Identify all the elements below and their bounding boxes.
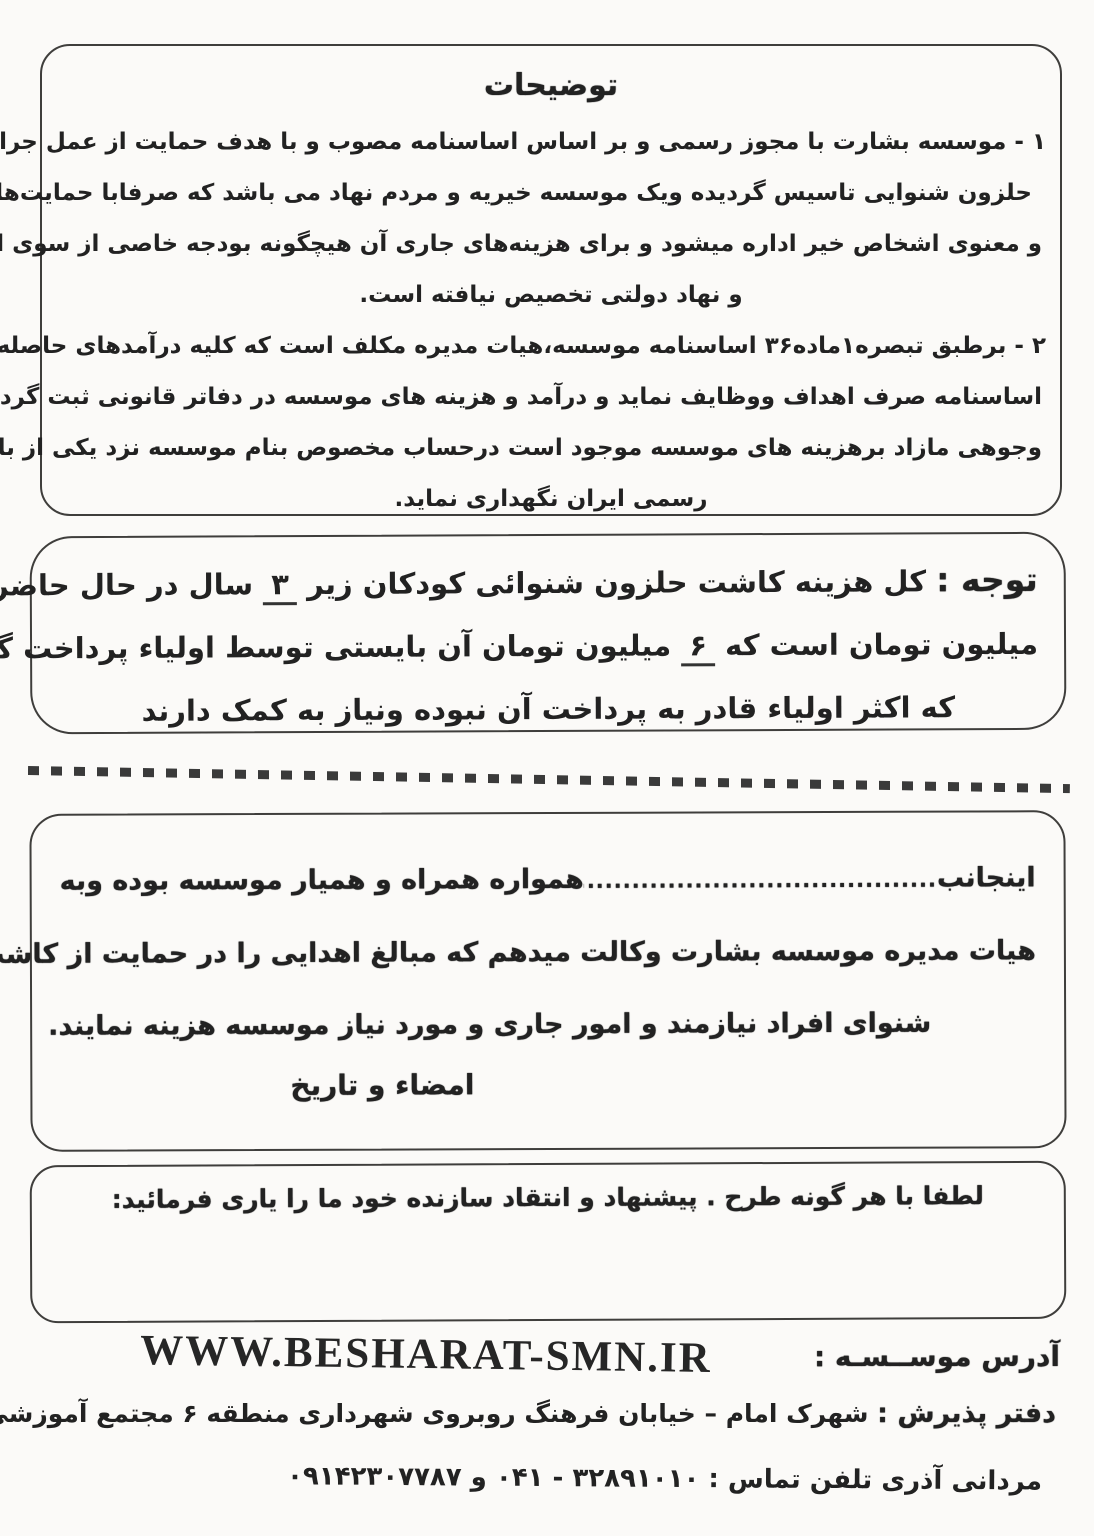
name-fill-in-dots: ........................................… bbox=[584, 858, 937, 903]
admission-office-line: دفتر پذیرش : شهرک امام – خیابان فرهنگ رو… bbox=[36, 1398, 1056, 1429]
pledge-line-1: اینجانب ................................… bbox=[32, 856, 1064, 905]
item1-line-1: ۱ - موسسه بشارت با مجوز رسمی و بر اساس ا… bbox=[42, 117, 1060, 168]
pledge-line-2: هیات مدیره موسسه بشارت وکالت میدهم که مب… bbox=[32, 929, 1064, 977]
attention-line-2-text-b: میلیون تومان آن بایستی توسط اولیاء پرداخ… bbox=[0, 628, 681, 666]
attention-line-1: توجه : کل هزینه کاشت حلزون شنوائی کودکان… bbox=[32, 548, 1064, 618]
attention-line-3: که اکثر اولیاء قادر به پرداخت آن نبوده و… bbox=[32, 676, 1064, 744]
website-url: WWW.BESHARAT-SMN.IR bbox=[118, 1326, 735, 1384]
explanations-title: توضیحات bbox=[42, 68, 1060, 103]
suggestions-prompt: لطفا با هر گونه طرح . پیشنهاد و انتقاد س… bbox=[32, 1181, 1064, 1215]
scanned-document-page: توضیحات ۱ - موسسه بشارت با مجوز رسمی و ب… bbox=[0, 0, 1094, 1536]
dashed-cut-line bbox=[28, 766, 1070, 793]
item1-line-3: و معنوی اشخاص خیر اداره میشود و برای هزی… bbox=[42, 219, 1060, 270]
signature-and-date-label: امضاء و تاریخ bbox=[32, 1061, 1064, 1109]
suggestions-box: لطفا با هر گونه طرح . پیشنهاد و انتقاد س… bbox=[30, 1161, 1067, 1324]
item1-line-4: و نهاد دولتی تخصیص نیافته است. bbox=[42, 270, 1060, 321]
attention-line-2-text-a: میلیون تومان است که bbox=[715, 627, 1038, 662]
item2-line-2: اساسنامه صرف اهداف ووظایف نماید و درآمد … bbox=[42, 372, 1060, 423]
underlined-age-number: ۳ bbox=[263, 567, 297, 605]
attention-label: توجه : bbox=[936, 560, 1038, 599]
item1-line-2: حلزون شنوایی تاسیس گردیده ویک موسسه خیری… bbox=[42, 168, 1060, 219]
pledge-line-1-text: همواره همراه و همیار موسسه بوده وبه bbox=[60, 858, 584, 904]
attention-box: توجه : کل هزینه کاشت حلزون شنوائی کودکان… bbox=[30, 532, 1067, 735]
admission-office-address: شهرک امام – خیابان فرهنگ روبروی شهرداری … bbox=[0, 1399, 877, 1428]
item2-line-1: ۲ - برطبق تبصره۱ماده۳۶ اساسنامه موسسه،هی… bbox=[42, 321, 1060, 372]
pledge-box: اینجانب ................................… bbox=[29, 810, 1066, 1152]
item2-line-3: وجوهی مازاد برهزینه های موسسه موجود است … bbox=[42, 423, 1060, 474]
contact-phone-line: مردانی آذری تلفن تماس : ۳۲۸۹۱۰۱۰ - ۰۴۱ و… bbox=[36, 1459, 1042, 1496]
attention-line-2: میلیون تومان است که ۶ میلیون تومان آن با… bbox=[32, 613, 1064, 681]
institute-address-label: آدرس موســسـه : bbox=[814, 1340, 1060, 1373]
attention-line-1-text-a: کل هزینه کاشت حلزون شنوائی کودکان زیر bbox=[297, 564, 936, 601]
explanations-box: توضیحات ۱ - موسسه بشارت با مجوز رسمی و ب… bbox=[40, 44, 1062, 516]
pledge-line-3: شنوای افراد نیازمند و امور جاری و مورد ن… bbox=[32, 1001, 1064, 1049]
underlined-parent-share-number: ۶ bbox=[681, 628, 715, 666]
pledge-undersigned-label: اینجانب bbox=[937, 856, 1036, 900]
attention-line-1-text-b: سال در حال حاضر بیش از bbox=[0, 567, 263, 603]
admission-office-label: دفتر پذیرش : bbox=[877, 1398, 1056, 1429]
item2-line-4: رسمی ایران نگهداری نماید. bbox=[42, 474, 1060, 525]
